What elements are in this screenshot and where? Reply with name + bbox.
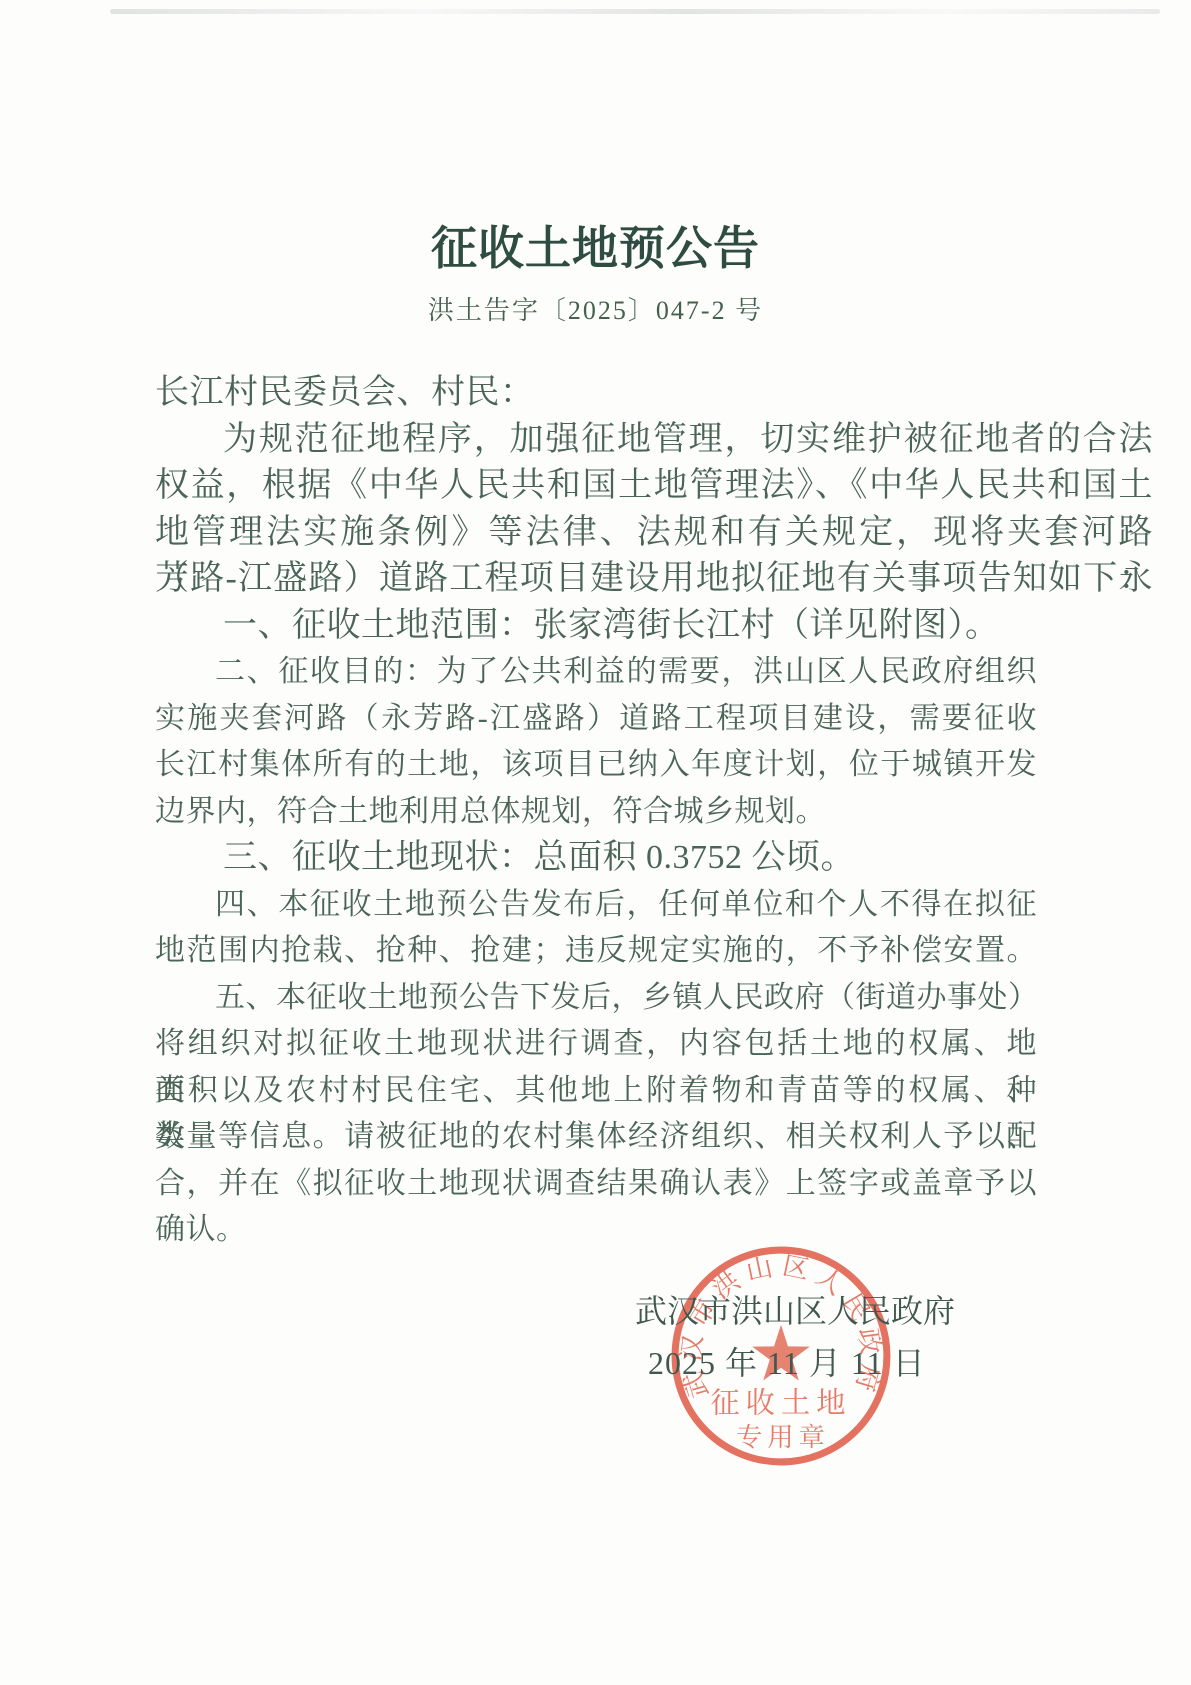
signature-issuer: 武汉市洪山区人民政府 <box>635 1292 955 1330</box>
doc-title: 征收土地预公告 <box>0 222 1191 274</box>
document-page: 征收土地预公告 洪土告字〔2025〕047-2 号 长江村民委员会、村民： 为规… <box>0 0 1191 1685</box>
seal-line2: 专用章 <box>736 1423 830 1452</box>
body-line: 长江村民委员会、村民： <box>155 370 1153 417</box>
body-line: 长江村集体所有的土地，该项目已纳入年度计划，位于城镇开发 <box>155 742 1037 789</box>
body-line: 确认。 <box>155 1207 1037 1254</box>
body-line: 为规范征地程序，加强征地管理，切实维护被征地者的合法 <box>155 417 1153 464</box>
body-line: 实施夹套河路（永芳路-江盛路）道路工程项目建设，需要征收 <box>155 696 1037 743</box>
document-body: 长江村民委员会、村民： 为规范征地程序，加强征地管理，切实维护被征地者的合法 权… <box>155 370 1153 1254</box>
body-line: 面积以及农村村民住宅、其他地上附着物和青苗等的权属、种类、 <box>155 1068 1037 1115</box>
body-line: 边界内，符合土地利用总体规划，符合城乡规划。 <box>155 789 1037 836</box>
body-line: 合，并在《拟征收土地现状调查结果确认表》上签字或盖章予以 <box>155 1161 1037 1208</box>
body-line: 将组织对拟征收土地现状进行调查，内容包括土地的权属、地类、 <box>155 1021 1037 1068</box>
body-line: 五、本征收土地预公告下发后，乡镇人民政府（街道办事处） <box>155 975 1037 1022</box>
seal-line1: 征收土地 <box>710 1386 851 1419</box>
body-line: 二、征收目的：为了公共利益的需要，洪山区人民政府组织 <box>155 649 1037 696</box>
body-line: 数量等信息。请被征地的农村集体经济组织、相关权利人予以配 <box>155 1114 1037 1161</box>
body-line: 三、征收土地现状：总面积 0.3752 公顷。 <box>155 835 1153 882</box>
body-line: 芳路-江盛路）道路工程项目建设用地拟征地有关事项告知如下： <box>155 556 1153 603</box>
body-line: 地管理法实施条例》等法律、法规和有关规定，现将夹套河路（永 <box>155 510 1153 557</box>
body-line: 一、征收土地范围：张家湾街长江村（详见附图）。 <box>155 603 1153 650</box>
body-line: 权益，根据《中华人民共和国土地管理法》、《中华人民共和国土 <box>155 463 1153 510</box>
body-line: 地范围内抢栽、抢种、抢建；违反规定实施的，不予补偿安置。 <box>155 928 1037 975</box>
scan-artifact-line <box>110 9 1160 14</box>
doc-number: 洪土告字〔2025〕047-2 号 <box>0 296 1191 326</box>
body-line: 四、本征收土地预公告发布后，任何单位和个人不得在拟征 <box>155 882 1037 929</box>
signature-date: 2025 年 11 月 11 日 <box>648 1344 926 1382</box>
